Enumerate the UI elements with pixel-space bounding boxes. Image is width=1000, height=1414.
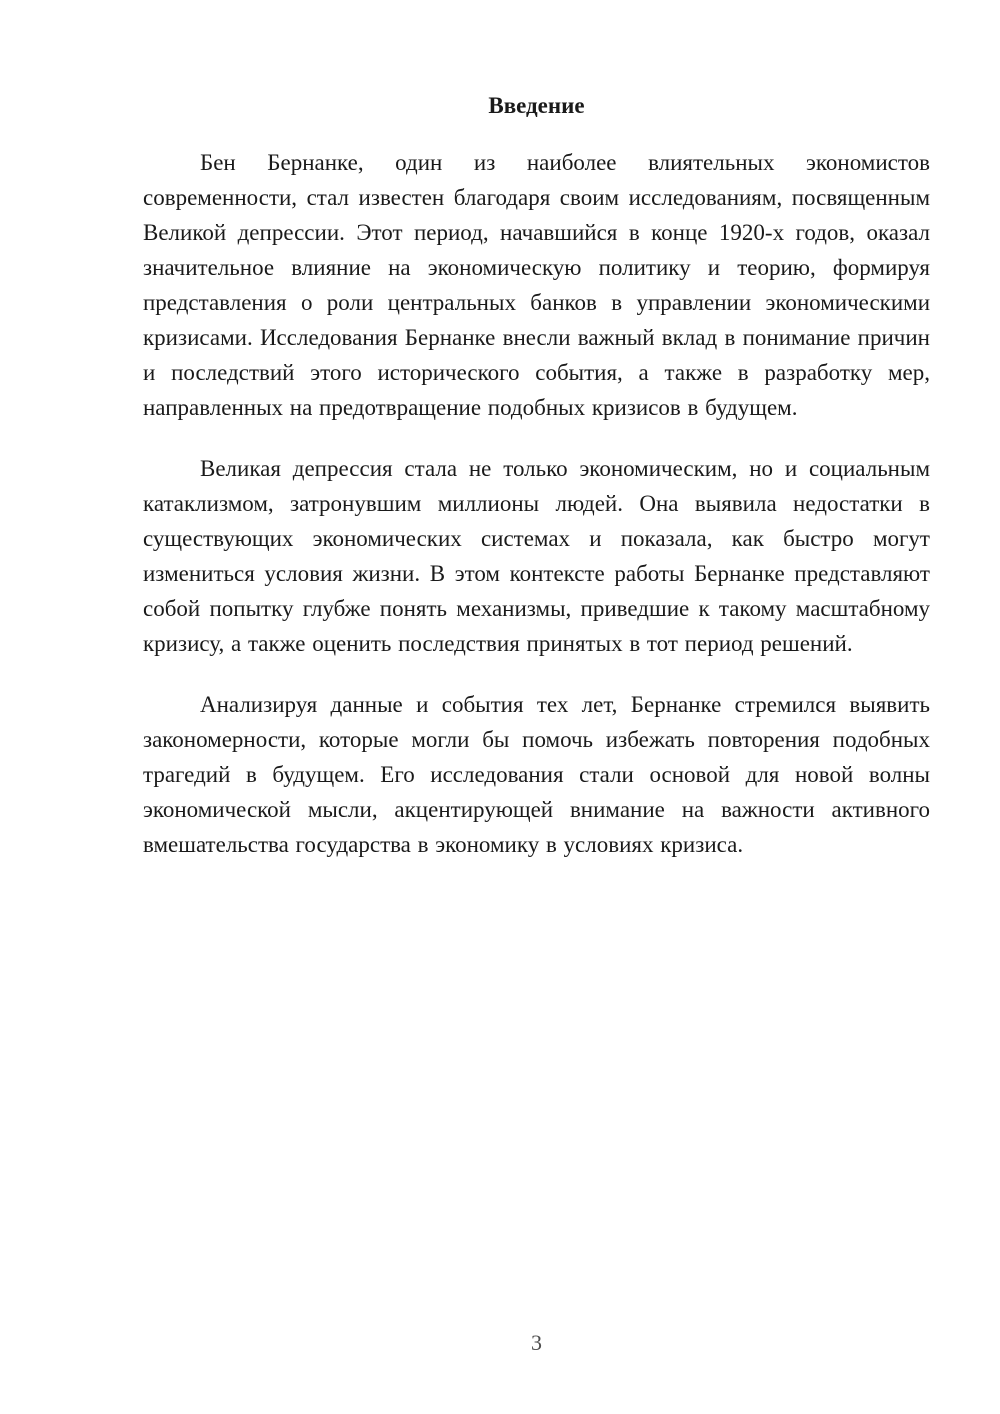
paragraph-great-depression: Великая депрессия стала не только эконом… xyxy=(143,451,930,661)
document-page: Введение Бен Бернанке, один из наиболее … xyxy=(0,0,1000,1414)
page-number: 3 xyxy=(143,1328,930,1358)
page-title: Введение xyxy=(143,88,930,123)
paragraph-analysis: Анализируя данные и события тех лет, Бер… xyxy=(143,687,930,862)
paragraph-intro-bernanke: Бен Бернанке, один из наиболее влиятельн… xyxy=(143,145,930,425)
